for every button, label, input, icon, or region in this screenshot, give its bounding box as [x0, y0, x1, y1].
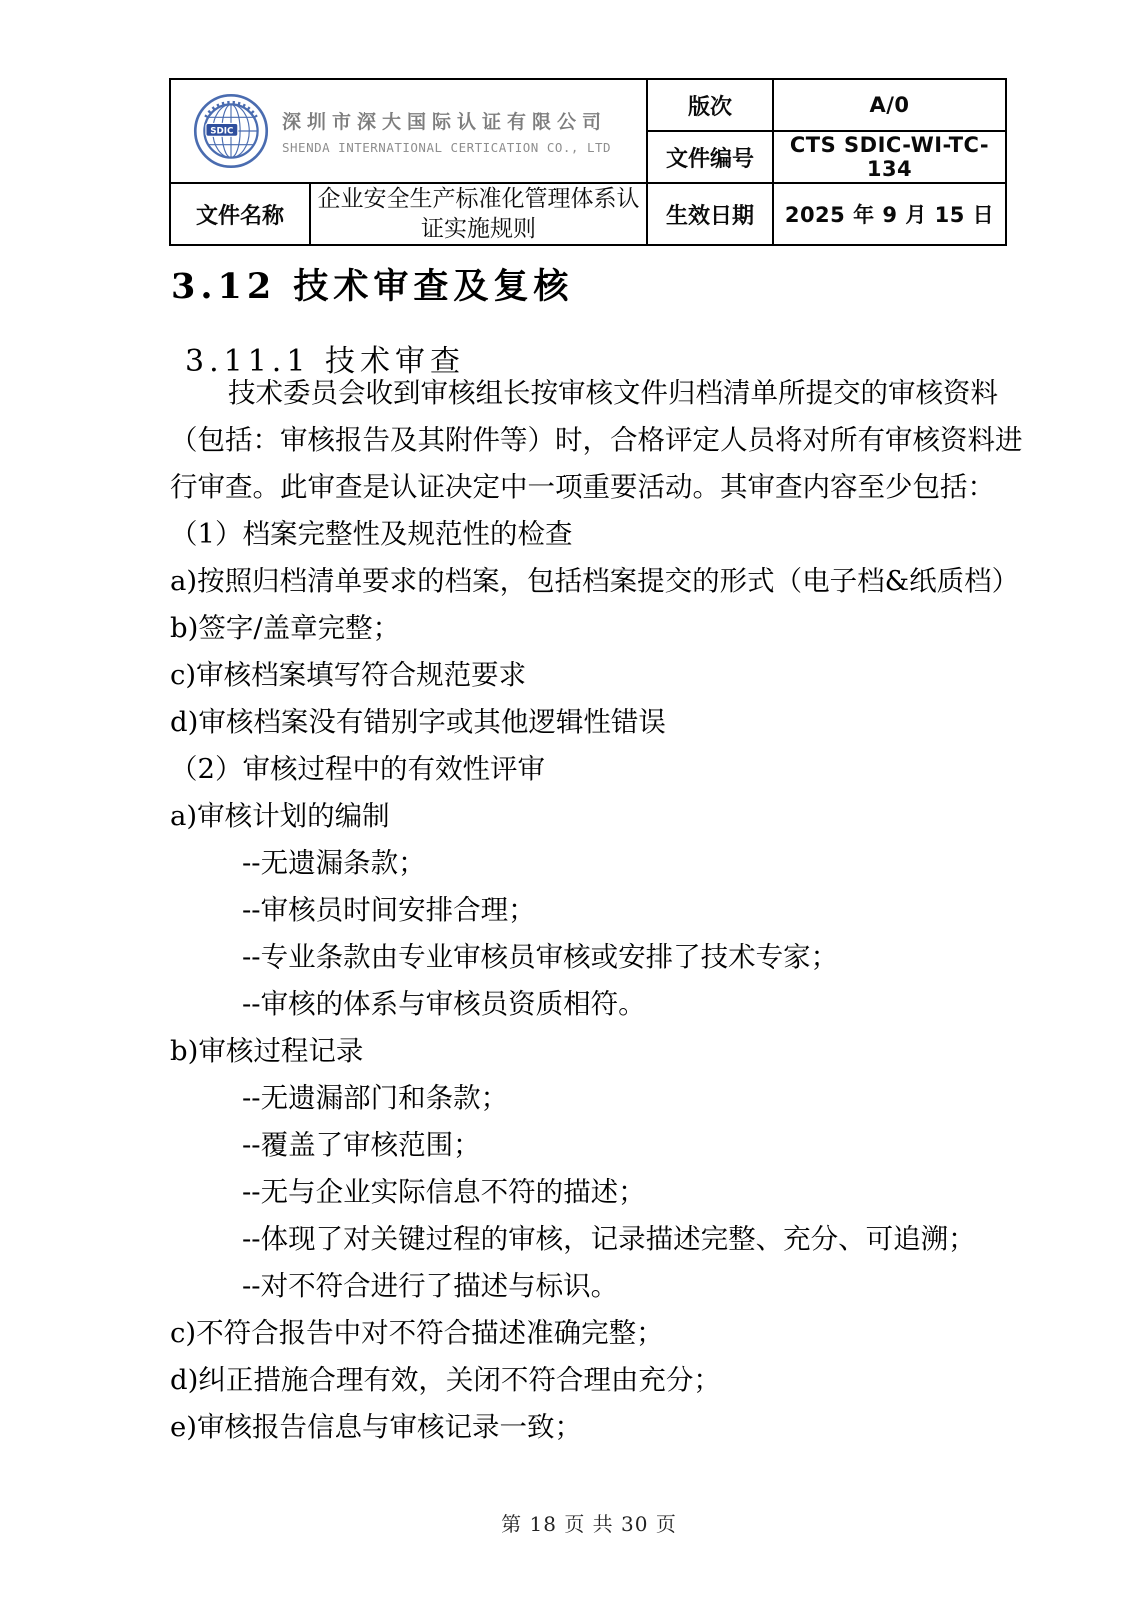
body-line: --专业条款由专业审核员审核或安排了技术专家； — [170, 934, 1070, 981]
body-line: d)审核档案没有错别字或其他逻辑性错误 — [170, 699, 1070, 746]
section-heading: 3.12 技术审查及复核 — [171, 259, 573, 309]
body-content: 技术委员会收到审核组长按审核文件归档清单所提交的审核资料（包括：审核报告及其附件… — [170, 370, 1070, 1451]
doc-number-value: CTS SDIC-WI-TC-134 — [773, 131, 1006, 183]
doc-number-label: 文件编号 — [647, 131, 773, 183]
body-line: --审核员时间安排合理； — [170, 887, 1070, 934]
body-line: b)签字/盖章完整； — [170, 605, 1070, 652]
body-line: b)审核过程记录 — [170, 1028, 1070, 1075]
company-logo-cell: SDIC 深圳市深大国际认证有限公司 SHENDA INTERNATIONAL … — [170, 79, 647, 183]
body-line: --无与企业实际信息不符的描述； — [170, 1169, 1070, 1216]
effective-date-label: 生效日期 — [647, 183, 773, 245]
body-line: --无遗漏条款； — [170, 840, 1070, 887]
company-name-cn: 深圳市深大国际认证有限公司 — [282, 107, 611, 134]
body-line: --覆盖了审核范围； — [170, 1122, 1070, 1169]
effective-date-value: 2025 年 9 月 15 日 — [773, 183, 1006, 245]
body-line: a)按照归档清单要求的档案，包括档案提交的形式（电子档&纸质档） — [170, 558, 1070, 605]
logo-banner-text: SDIC — [210, 126, 233, 136]
body-line: a)审核计划的编制 — [170, 793, 1070, 840]
page-number: 第 18 页 共 30 页 — [170, 1508, 1008, 1537]
body-line: e)审核报告信息与审核记录一致； — [170, 1404, 1070, 1451]
version-label: 版次 — [647, 79, 773, 131]
body-line: 行审查。此审查是认证决定中一项重要活动。其审查内容至少包括： — [170, 464, 1070, 511]
company-name-en: SHENDA INTERNATIONAL CERTICATION CO., LT… — [282, 140, 611, 155]
body-line: c)审核档案填写符合规范要求 — [170, 652, 1070, 699]
doc-name-label: 文件名称 — [170, 183, 310, 245]
body-line: --无遗漏部门和条款； — [170, 1075, 1070, 1122]
version-value: A/0 — [773, 79, 1006, 131]
document-page: SDIC 深圳市深大国际认证有限公司 SHENDA INTERNATIONAL … — [0, 0, 1131, 1600]
body-line: （1）档案完整性及规范性的检查 — [170, 511, 1070, 558]
body-line: --体现了对关键过程的审核，记录描述完整、充分、可追溯； — [170, 1216, 1070, 1263]
body-line: --对不符合进行了描述与标识。 — [170, 1263, 1070, 1310]
company-logo-icon: SDIC — [193, 93, 269, 169]
body-line: （2）审核过程中的有效性评审 — [170, 746, 1070, 793]
body-line: c)不符合报告中对不符合描述准确完整； — [170, 1310, 1070, 1357]
doc-name-value: 企业安全生产标准化管理体系认证实施规则 — [310, 183, 647, 245]
document-header-table: SDIC 深圳市深大国际认证有限公司 SHENDA INTERNATIONAL … — [169, 78, 1007, 246]
body-line: d)纠正措施合理有效，关闭不符合理由充分； — [170, 1357, 1070, 1404]
body-line: --审核的体系与审核员资质相符。 — [170, 981, 1070, 1028]
body-line: （包括：审核报告及其附件等）时，合格评定人员将对所有审核资料进 — [170, 417, 1070, 464]
body-line: 技术委员会收到审核组长按审核文件归档清单所提交的审核资料 — [170, 370, 1070, 417]
